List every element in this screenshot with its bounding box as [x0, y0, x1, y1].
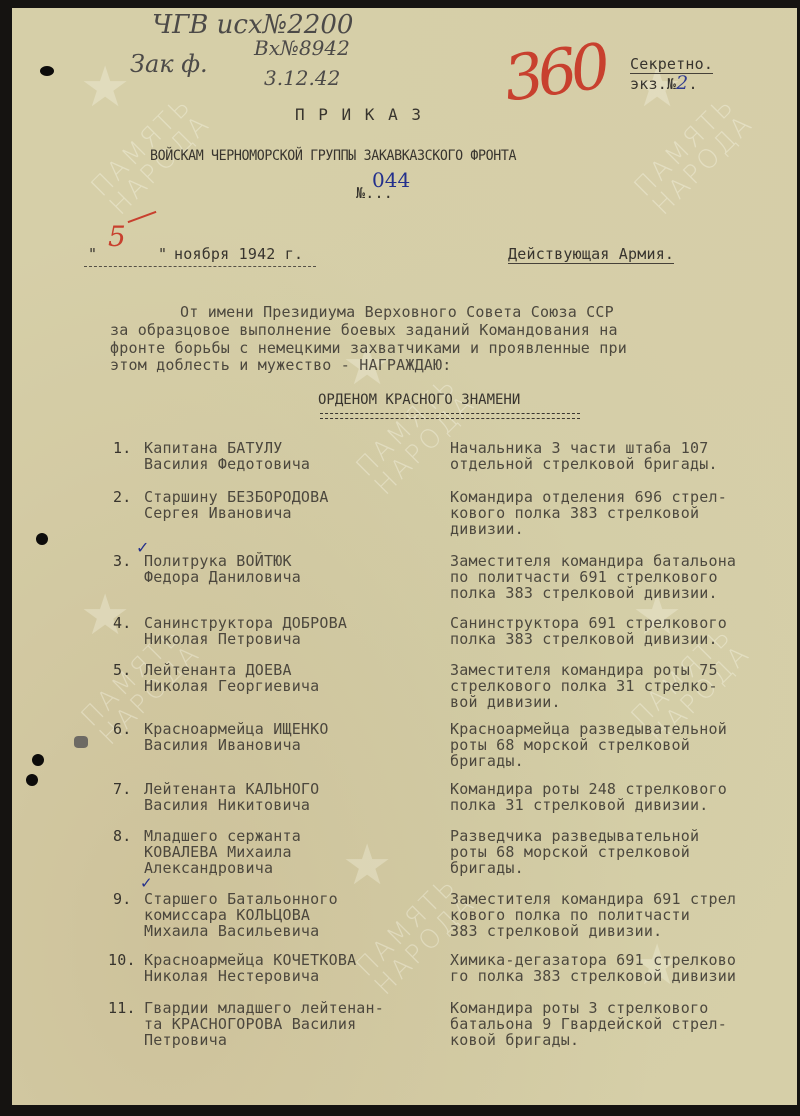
awardee-name-line: Василия Ивановича — [144, 737, 301, 754]
preamble-line-2: за образцовое выполнение боевых заданий … — [110, 322, 618, 339]
awardee-name-line: Николая Петровича — [144, 631, 301, 648]
awardee-number: 11. — [108, 1000, 136, 1017]
punch-hole — [36, 533, 48, 545]
watermark-star-icon: ★ — [342, 838, 392, 894]
awardee-number: 3. — [113, 553, 131, 570]
awardee-number: 6. — [113, 721, 131, 738]
location: Действующая Армия. — [508, 246, 674, 263]
preamble-line-3: фронте борьбы с немецкими захватчиками и… — [110, 340, 627, 357]
award-title-double-underline — [320, 413, 580, 419]
order-number-handwritten: 044 — [372, 168, 410, 192]
punch-hole — [40, 66, 54, 76]
stain-mark — [74, 736, 88, 748]
awardee-number: 9. — [113, 891, 131, 908]
awardee-number: 7. — [113, 781, 131, 798]
awardee-number: 2. — [113, 489, 131, 506]
number-prefix: № — [356, 184, 365, 202]
preamble-line-4: этом доблесть и мужество - НАГРАЖДАЮ: — [110, 357, 452, 374]
date-open-quote: " — [88, 246, 97, 263]
awardee-name-line: Петровича — [144, 1032, 227, 1049]
watermark-star-icon: ★ — [80, 60, 130, 116]
awardee-number: 8. — [113, 828, 131, 845]
awardee-name-line: Александровича — [144, 860, 273, 877]
awardee-name-line: Михаила Васильевича — [144, 923, 319, 940]
awardee-number: 5. — [113, 662, 131, 679]
date-rest: ноября 1942 г. — [174, 246, 303, 263]
date-underline — [84, 266, 316, 267]
awardee-number: 10. — [108, 952, 136, 969]
awardee-name-line: Василия Федотовича — [144, 456, 310, 473]
awardee-number: 4. — [113, 615, 131, 632]
awardee-position-line: 383 стрелковой дивизии. — [450, 923, 662, 940]
document-subtitle: ВОЙСКАМ ЧЕРНОМОРСКОЙ ГРУППЫ ЗАКАВКАЗСКОГ… — [150, 148, 516, 165]
preamble-line-1: От имени Президиума Верховного Совета Со… — [180, 304, 614, 321]
red-number-annotation: 360 — [499, 29, 609, 115]
awardee-position-line: дивизии. — [450, 521, 524, 538]
awardee-name-line: Николая Нестеровича — [144, 968, 319, 985]
punch-hole — [26, 774, 38, 786]
date-day-handwritten: 5 — [108, 220, 126, 253]
awardee-position-line: бригады. — [450, 753, 524, 770]
copy-number-value: 2 — [676, 72, 688, 94]
awardee-name-line: Федора Даниловича — [144, 569, 301, 586]
awardee-position-line: го полка 383 стрелковой дивизии — [450, 968, 736, 985]
awardee-position-line: полка 383 стрелковой дивизии. — [450, 631, 718, 648]
check-mark-icon: ✓ — [140, 874, 153, 892]
zak-note: Зак ф. — [130, 50, 208, 78]
award-title: ОРДЕНОМ КРАСНОГО ЗНАМЕНИ — [318, 392, 520, 409]
document-page: ★ ПАМЯТЬ НАРОДА ★ ПАМЯТЬ НАРОДА ★ ПАМЯТЬ… — [12, 8, 797, 1105]
awardee-name-line: Сергея Ивановича — [144, 505, 292, 522]
copy-label: экз.№ — [630, 75, 676, 93]
awardee-name-line: Николая Георгиевича — [144, 678, 319, 695]
awardee-number: 1. — [113, 440, 131, 457]
archive-note-2: Вх№8942 — [254, 36, 350, 60]
awardee-position-line: полка 31 стрелковой дивизии. — [450, 797, 708, 814]
document-title: П Р И К А З — [295, 106, 423, 123]
awardee-position-line: бригады. — [450, 860, 524, 877]
check-mark-icon: ✓ — [136, 538, 149, 557]
secret-label: Секретно. — [630, 56, 713, 73]
punch-hole — [32, 754, 44, 766]
awardee-position-line: ковой бригады. — [450, 1032, 579, 1049]
copy-number: экз.№2. — [630, 75, 698, 93]
awardee-name-line: Василия Никитовича — [144, 797, 310, 814]
archive-date: 3.12.42 — [264, 66, 340, 90]
awardee-position-line: отдельной стрелковой бригады. — [450, 456, 718, 473]
date-close-quote: " — [158, 246, 167, 263]
awardee-position-line: полка 383 стрелковой дивизии. — [450, 585, 718, 602]
awardee-position-line: вой дивизии. — [450, 694, 561, 711]
